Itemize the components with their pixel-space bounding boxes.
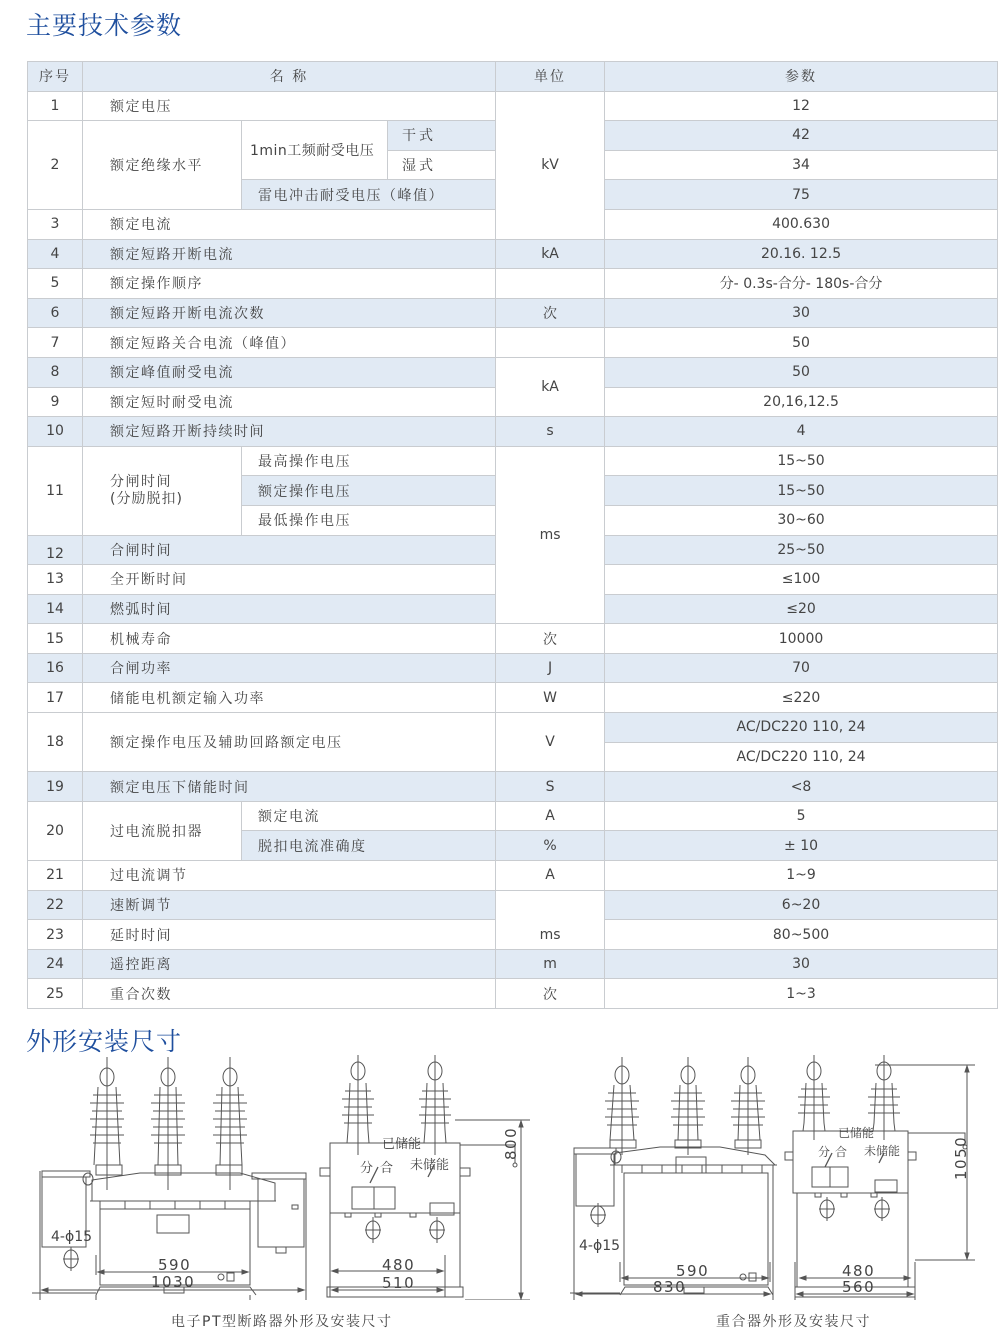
row-no: 3 [28, 209, 83, 239]
row-unit: 次 [496, 298, 605, 328]
table-row: 15 机械寿命 次 10000 [28, 624, 998, 654]
row-no: 10 [28, 417, 83, 447]
row-no: 7 [28, 328, 83, 358]
label-stored-energy: 已储能 [382, 1133, 421, 1152]
row-value: ≤100 [605, 565, 998, 595]
table-row: 17 储能电机额定输入功率 W ≤220 [28, 683, 998, 713]
row-sub-item: 额定操作电压 [242, 476, 496, 506]
dim-label-height: 800 [502, 1127, 520, 1160]
table-row: 11 分闸时间 (分励脱扣) 最高操作电压 ms 15~50 [28, 446, 998, 476]
label-close: 合 [380, 1157, 395, 1176]
table-row: 1 额定电压 kV 12 [28, 91, 998, 121]
table-row: 5 额定操作顺序 分- 0.3s-合分- 180s-合分 [28, 269, 998, 299]
row-unit: V [496, 713, 605, 772]
header-value: 参数 [605, 62, 998, 92]
row-value: 80~500 [605, 920, 998, 950]
label-unstored-energy: 未储能 [410, 1154, 449, 1173]
row-value: 5 [605, 801, 998, 831]
row-value: AC/DC220 110, 24 [605, 713, 998, 743]
row-name: 全开断时间 [83, 565, 496, 595]
row-name: 额定操作电压及辅助回路额定电压 [83, 713, 496, 772]
table-row: 10 额定短路开断持续时间 s 4 [28, 417, 998, 447]
row-value: 15~50 [605, 446, 998, 476]
section-title-parameters: 主要技术参数 [26, 6, 182, 42]
row-value: ± 10 [605, 831, 998, 861]
row-unit: kA [496, 357, 605, 416]
label-open: 分 [360, 1157, 375, 1176]
dim-label-side-inner: 480 [382, 1256, 415, 1274]
table-row: 25 重合次数 次 1~3 [28, 979, 998, 1009]
row-unit: kA [496, 239, 605, 269]
table-row: 18 额定操作电压及辅助回路额定电压 V AC/DC220 110, 24 [28, 713, 998, 743]
row-unit: s [496, 417, 605, 447]
dim-label-recloser-outer: 830 [653, 1278, 686, 1296]
row-value: 1~9 [605, 861, 998, 891]
row-name: 额定操作顺序 [83, 269, 496, 299]
row-name: 过电流调节 [83, 861, 496, 891]
row-name: 额定短路开断持续时间 [83, 417, 496, 447]
table-row: 16 合闸功率 J 70 [28, 653, 998, 683]
row-value: 70 [605, 653, 998, 683]
row-value: 50 [605, 357, 998, 387]
row-name: 额定短路关合电流（峰值） [83, 328, 496, 358]
table-header-row: 序号 名 称 单位 参数 [28, 62, 998, 92]
label-recloser-stored: 已储能 [838, 1124, 874, 1141]
row-no: 25 [28, 979, 83, 1009]
row-unit: % [496, 831, 605, 861]
row-unit: A [496, 861, 605, 891]
table-row: 24 遥控距离 m 30 [28, 949, 998, 979]
row-name: 额定短路开断电流次数 [83, 298, 496, 328]
row-name: 储能电机额定输入功率 [83, 683, 496, 713]
row-no: 23 [28, 920, 83, 950]
row-no: 2 [28, 121, 83, 210]
row-sub-item: 最高操作电压 [242, 446, 496, 476]
row-value: 400.630 [605, 209, 998, 239]
row-value: 30~60 [605, 505, 998, 535]
section-title-dimensions: 外形安装尺寸 [26, 1022, 182, 1058]
row-value: ≤220 [605, 683, 998, 713]
row-name: 额定绝缘水平 [83, 121, 242, 210]
row-no: 8 [28, 357, 83, 387]
row-no: 6 [28, 298, 83, 328]
row-no: 19 [28, 772, 83, 802]
row-value: 4 [605, 417, 998, 447]
row-name: 额定峰值耐受电流 [83, 357, 496, 387]
row-name: 重合次数 [83, 979, 496, 1009]
table-row: 19 额定电压下储能时间 S <8 [28, 772, 998, 802]
row-name: 额定短路开断电流 [83, 239, 496, 269]
row-unit [496, 328, 605, 358]
row-name: 额定电流 [83, 209, 496, 239]
row-sub-item: 脱扣电流准确度 [242, 831, 496, 861]
row-unit: m [496, 949, 605, 979]
row-name: 额定短时耐受电流 [83, 387, 496, 417]
row-no: 9 [28, 387, 83, 417]
row-name: 合闸时间 [83, 535, 496, 565]
table-row: 7 额定短路关合电流（峰值） 50 [28, 328, 998, 358]
row-no: 4 [28, 239, 83, 269]
label-recloser-open: 分 [818, 1143, 832, 1160]
row-unit: 次 [496, 979, 605, 1009]
row-sub: 雷电冲击耐受电压（峰值） [242, 180, 496, 210]
row-name: 延时时间 [83, 920, 496, 950]
row-unit: J [496, 653, 605, 683]
row-no: 22 [28, 890, 83, 920]
row-sub-item: 干式 [388, 121, 496, 151]
row-no: 11 [28, 446, 83, 535]
row-name: 分闸时间 (分励脱扣) [83, 446, 242, 535]
row-sub-item: 湿式 [388, 150, 496, 180]
row-sub-item: 最低操作电压 [242, 505, 496, 535]
row-name: 合闸功率 [83, 653, 496, 683]
row-name: 速断调节 [83, 890, 496, 920]
row-unit: 次 [496, 624, 605, 654]
row-sub: 1min工频耐受电压 [242, 121, 388, 180]
row-value: 6~20 [605, 890, 998, 920]
row-name: 机械寿命 [83, 624, 496, 654]
row-no: 17 [28, 683, 83, 713]
dim-label-recloser-side-outer: 560 [842, 1278, 875, 1296]
header-no: 序号 [28, 62, 83, 92]
header-unit: 单位 [496, 62, 605, 92]
row-value: 75 [605, 180, 998, 210]
row-value: 分- 0.3s-合分- 180s-合分 [605, 269, 998, 299]
row-unit: kV [496, 91, 605, 239]
row-name: 额定电压下储能时间 [83, 772, 496, 802]
dim-label-recloser-holes: 4-ϕ15 [579, 1238, 620, 1254]
row-value: 10000 [605, 624, 998, 654]
row-name-line2: (分励脱扣) [110, 491, 241, 508]
row-no: 24 [28, 949, 83, 979]
row-value: 42 [605, 121, 998, 151]
row-value: <8 [605, 772, 998, 802]
table-row: 20 过电流脱扣器 额定电流 A 5 [28, 801, 998, 831]
row-unit [496, 269, 605, 299]
row-name: 过电流脱扣器 [83, 801, 242, 860]
row-value: 20.16. 12.5 [605, 239, 998, 269]
figure-caption-right: 重合器外形及安装尺寸 [716, 1311, 871, 1331]
dim-label-side-outer: 510 [382, 1274, 415, 1292]
row-value: 30 [605, 298, 998, 328]
spec-table: 序号 名 称 单位 参数 1 额定电压 kV 12 2 额定绝缘水平 1min工… [27, 61, 998, 1009]
row-name: 额定电压 [83, 91, 496, 121]
figure-caption-left: 电子PT型断路器外形及安装尺寸 [171, 1311, 393, 1331]
table-row: 21 过电流调节 A 1~9 [28, 861, 998, 891]
row-no: 20 [28, 801, 83, 860]
label-recloser-unstored: 未储能 [864, 1142, 900, 1159]
dim-label-holes: 4-ϕ15 [51, 1229, 92, 1245]
row-value: 34 [605, 150, 998, 180]
row-no: 1 [28, 91, 83, 121]
row-unit: ms [496, 446, 605, 624]
table-row: 4 额定短路开断电流 kA 20.16. 12.5 [28, 239, 998, 269]
row-no: 5 [28, 269, 83, 299]
row-value: ≤20 [605, 594, 998, 624]
row-value: 50 [605, 328, 998, 358]
dim-label-inner-width: 590 [158, 1256, 191, 1274]
table-row: 22 速断调节 ms 6~20 [28, 890, 998, 920]
row-value: 30 [605, 949, 998, 979]
row-no: 14 [28, 594, 83, 624]
row-value: 20,16,12.5 [605, 387, 998, 417]
row-value: 12 [605, 91, 998, 121]
insulator-icon [90, 1057, 124, 1190]
row-sub-item: 额定电流 [242, 801, 496, 831]
table-row: 8 额定峰值耐受电流 kA 50 [28, 357, 998, 387]
table-row: 6 额定短路开断电流次数 次 30 [28, 298, 998, 328]
row-name: 遥控距离 [83, 949, 496, 979]
row-name-line1: 分闸时间 [110, 474, 241, 491]
row-value: AC/DC220 110, 24 [605, 742, 998, 772]
dim-label-outer-width: 1030 [151, 1273, 195, 1291]
row-value: 1~3 [605, 979, 998, 1009]
row-no: 16 [28, 653, 83, 683]
dim-label-recloser-height: 1050 [952, 1136, 970, 1180]
row-unit: ms [496, 890, 605, 949]
row-no: 15 [28, 624, 83, 654]
row-no: 13 [28, 565, 83, 595]
row-name: 燃弧时间 [83, 594, 496, 624]
row-no: 12 [28, 535, 83, 565]
row-unit: A [496, 801, 605, 831]
row-value: 15~50 [605, 476, 998, 506]
row-unit: S [496, 772, 605, 802]
row-unit: W [496, 683, 605, 713]
row-no: 18 [28, 713, 83, 772]
row-no: 21 [28, 861, 83, 891]
label-recloser-close: 合 [835, 1143, 849, 1160]
header-name: 名 称 [83, 62, 496, 92]
row-value: 25~50 [605, 535, 998, 565]
